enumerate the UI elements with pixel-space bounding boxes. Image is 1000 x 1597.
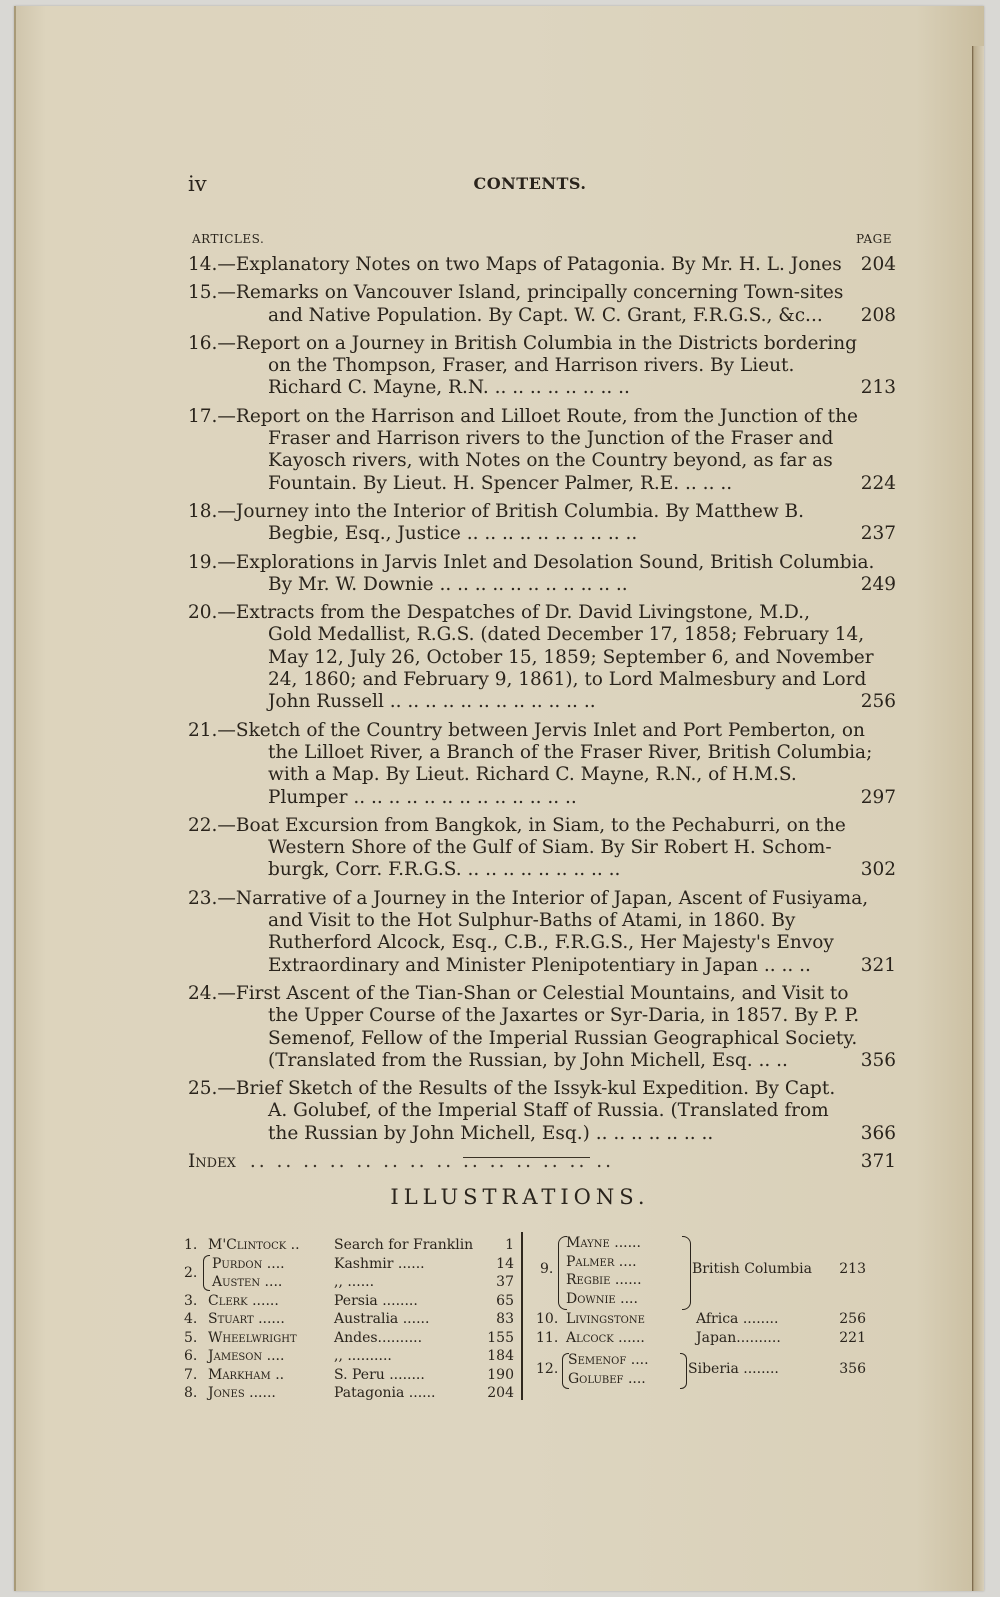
- toc-entry-title-line: 21.—Sketch of the Country between Jervis…: [188, 720, 852, 742]
- illustration-author: Jameson ....: [208, 1347, 284, 1366]
- illustration-author: Regbie ......: [566, 1271, 642, 1290]
- toc-entry-continuation-line: and Native Population. By Capt. W. C. Gr…: [188, 305, 852, 327]
- toc-entry-continuation-line: Fraser and Harrison rivers to the Juncti…: [188, 428, 852, 450]
- toc-entry-continuation-line: the Lilloet River, a Branch of the Frase…: [188, 742, 852, 764]
- toc-entry-text: and Visit to the Hot Sulphur-Baths of At…: [268, 910, 795, 931]
- column-headings: ARTICLES. PAGE: [192, 232, 892, 252]
- running-title: CONTENTS.: [172, 174, 888, 193]
- illustrations-title: ILLUSTRATIONS.: [0, 1185, 1000, 1209]
- illustration-author: Alcock ......: [566, 1329, 645, 1348]
- illustration-page: 204: [487, 1384, 514, 1403]
- toc-entry-text: —Report on the Harrison and Lilloet Rout…: [217, 406, 858, 427]
- toc-entry-page: 321: [852, 955, 896, 977]
- toc-entry-title-line: 14.—Explanatory Notes on two Maps of Pat…: [188, 254, 852, 276]
- illustration-subject: Siberia ........: [688, 1360, 779, 1379]
- toc-entry-page: 204: [852, 254, 896, 276]
- toc-entry-text: —Brief Sketch of the Results of the Issy…: [217, 1078, 835, 1099]
- illustration-page: 37: [496, 1273, 514, 1292]
- toc-entry-text: —Narrative of a Journey in the Interior …: [217, 888, 868, 909]
- toc-entry-text: (Translated from the Russian, by John Mi…: [268, 1050, 788, 1071]
- illustration-author: Palmer ....: [566, 1253, 642, 1272]
- toc-entry-page: 356: [852, 1050, 896, 1072]
- index-page: 371: [852, 1151, 896, 1173]
- illustration-number: 7.: [184, 1366, 206, 1385]
- illustration-number: 11.: [536, 1329, 558, 1348]
- illustration-author: M'Clintock ..: [208, 1236, 300, 1255]
- illustration-row: 3. Clerk ...... Persia ........ 65: [184, 1292, 514, 1311]
- toc-entry-continuation-line: Begbie, Esq., Justice .. .. .. .. .. .. …: [188, 523, 852, 545]
- illustration-author: Purdon ....: [212, 1255, 285, 1274]
- toc-entry: 18.—Journey into the Interior of British…: [188, 501, 896, 546]
- illustration-subject: Kashmir ......: [334, 1255, 425, 1274]
- page-heading: PAGE: [856, 232, 892, 246]
- toc-entry-text: —Remarks on Vancouver Island, principall…: [217, 282, 843, 303]
- toc-entry-text: the Russian by John Michell, Esq.) .. ..…: [268, 1123, 713, 1144]
- illustration-number: 4.: [184, 1310, 206, 1329]
- index-label: Index: [188, 1151, 236, 1172]
- toc-entry-number: 17.: [188, 406, 217, 427]
- page-edge: [972, 46, 984, 1591]
- toc-entry-number: 22.: [188, 815, 217, 836]
- toc-entry: 20.—Extracts from the Despatches of Dr. …: [188, 602, 896, 713]
- illustration-row: 5. Wheelwright Andes.......... 155: [184, 1329, 514, 1348]
- section-rule: [463, 1157, 590, 1158]
- illustration-number: 6.: [184, 1347, 206, 1366]
- illustration-number: 5.: [184, 1329, 206, 1348]
- toc-entry-title-line: 25.—Brief Sketch of the Results of the I…: [188, 1078, 852, 1100]
- illustration-subject: British Columbia: [692, 1260, 812, 1279]
- illustration-row: 11. Alcock ...... Japan.......... 221: [536, 1329, 866, 1348]
- toc-entry-continuation-line: and Visit to the Hot Sulphur-Baths of At…: [188, 910, 852, 932]
- toc-entry-text: Kayosch rivers, with Notes on the Countr…: [268, 450, 833, 471]
- toc-entry-text: Fountain. By Lieut. H. Spencer Palmer, R…: [268, 473, 732, 494]
- toc-entry-page: 297: [852, 787, 896, 809]
- illustration-subject: Search for Franklin: [334, 1236, 473, 1255]
- toc-entry-text: burgk, Corr. F.R.G.S. .. .. .. .. .. .. …: [268, 859, 620, 880]
- toc-entry-continuation-line: Extraordinary and Minister Plenipotentia…: [188, 955, 852, 977]
- toc-entry-continuation-line: with a Map. By Lieut. Richard C. Mayne, …: [188, 764, 852, 786]
- toc-entry-text: Begbie, Esq., Justice .. .. .. .. .. .. …: [268, 523, 637, 544]
- illustration-number: 2.: [184, 1264, 197, 1283]
- toc-entry-page: 213: [852, 377, 896, 399]
- toc-entry-continuation-line: Fountain. By Lieut. H. Spencer Palmer, R…: [188, 473, 852, 495]
- leader-dots: .. .. .. .. .. .. .. .. .. .. .. .. .. .…: [250, 1151, 614, 1172]
- illustration-author: Golubef ....: [568, 1370, 649, 1389]
- toc-entry-text: on the Thompson, Fraser, and Harrison ri…: [268, 355, 794, 376]
- toc-entry-number: 21.: [188, 720, 217, 741]
- toc-entry-title-line: 22.—Boat Excursion from Bangkok, in Siam…: [188, 815, 852, 837]
- illustration-row: 1. M'Clintock .. Search for Franklin 1: [184, 1236, 514, 1255]
- illustration-author: Markham ..: [208, 1366, 284, 1385]
- illustration-page: 1: [505, 1236, 514, 1255]
- toc-entry-continuation-line: the Upper Course of the Jaxartes or Syr-…: [188, 1005, 852, 1027]
- illustration-page: 155: [487, 1329, 514, 1348]
- toc-entry-title-line: 16.—Report on a Journey in British Colum…: [188, 333, 852, 355]
- illustration-subject: Australia ......: [334, 1310, 429, 1329]
- illustration-number: 9.: [540, 1260, 553, 1279]
- illustration-subject: Africa ........: [696, 1310, 778, 1329]
- illustration-page: 184: [487, 1347, 514, 1366]
- toc-entry-continuation-line: A. Golubef, of the Imperial Staff of Rus…: [188, 1100, 852, 1122]
- toc-entry-text: A. Golubef, of the Imperial Staff of Rus…: [268, 1100, 829, 1121]
- toc-entry-text: May 12, July 26, October 15, 1859; Septe…: [268, 647, 874, 668]
- toc-entry-page: 302: [852, 859, 896, 881]
- illustration-author: Mayne ......: [566, 1234, 642, 1253]
- toc-entry-text: the Lilloet River, a Branch of the Frase…: [268, 742, 872, 763]
- toc-entry: 14.—Explanatory Notes on two Maps of Pat…: [188, 254, 896, 276]
- toc-entry-continuation-line: By Mr. W. Downie .. .. .. .. .. .. .. ..…: [188, 574, 852, 596]
- toc-entry: 24.—First Ascent of the Tian-Shan or Cel…: [188, 983, 896, 1072]
- toc-entry-text: John Russell .. .. .. .. .. .. .. .. .. …: [268, 691, 596, 712]
- running-head: iv CONTENTS.: [172, 172, 888, 202]
- toc-entry-text: Gold Medallist, R.G.S. (dated December 1…: [268, 624, 864, 645]
- toc-entry: 16.—Report on a Journey in British Colum…: [188, 333, 896, 400]
- illustration-page: 65: [496, 1292, 514, 1311]
- toc-entry-continuation-line: Semenof, Fellow of the Imperial Russian …: [188, 1028, 852, 1050]
- toc-entry: 15.—Remarks on Vancouver Island, princip…: [188, 282, 896, 327]
- right-brace-icon: [680, 1353, 687, 1389]
- toc-entry-text: By Mr. W. Downie .. .. .. .. .. .. .. ..…: [268, 574, 628, 595]
- illustration-page: 14: [496, 1255, 514, 1274]
- toc-entry-title-line: 23.—Narrative of a Journey in the Interi…: [188, 888, 852, 910]
- illustration-row: 6. Jameson .... ,, .......... 184: [184, 1347, 514, 1366]
- toc-entry-page: 224: [852, 473, 896, 495]
- toc-entry-continuation-line: burgk, Corr. F.R.G.S. .. .. .. .. .. .. …: [188, 859, 852, 881]
- toc-entry-text: —Sketch of the Country between Jervis In…: [217, 720, 865, 741]
- illustration-author: Wheelwright: [208, 1329, 297, 1348]
- illustration-number: 8.: [184, 1384, 206, 1403]
- illustration-author: Austen ....: [212, 1273, 282, 1292]
- toc-entry-text: —Extracts from the Despatches of Dr. Dav…: [217, 602, 810, 623]
- toc-entry-number: 14.: [188, 254, 217, 275]
- toc-entry-continuation-line: the Russian by John Michell, Esq.) .. ..…: [188, 1123, 852, 1145]
- toc-entry-text: Extraordinary and Minister Plenipotentia…: [268, 955, 811, 976]
- toc-entry-continuation-line: Rutherford Alcock, Esq., C.B., F.R.G.S.,…: [188, 932, 852, 954]
- toc-entry-text: —Journey into the Interior of British Co…: [217, 501, 804, 522]
- toc-entry-text: —Explanatory Notes on two Maps of Patago…: [217, 254, 841, 275]
- toc-entry-number: 25.: [188, 1078, 217, 1099]
- toc-entry: 23.—Narrative of a Journey in the Interi…: [188, 888, 896, 977]
- illustration-author: Jones ......: [208, 1384, 276, 1403]
- toc-entry-continuation-line: Western Shore of the Gulf of Siam. By Si…: [188, 837, 852, 859]
- toc-entry-continuation-line: John Russell .. .. .. .. .. .. .. .. .. …: [188, 691, 852, 713]
- illustration-row: 10. Livingstone Africa ........ 256: [536, 1310, 866, 1329]
- toc-entry-continuation-line: (Translated from the Russian, by John Mi…: [188, 1050, 852, 1072]
- toc-entry: 25.—Brief Sketch of the Results of the I…: [188, 1078, 896, 1145]
- toc-entry-title-line: 19.—Explorations in Jarvis Inlet and Des…: [188, 552, 852, 574]
- illustration-row: 7. Markham .. S. Peru ........ 190: [184, 1366, 514, 1385]
- toc-entry-text: Semenof, Fellow of the Imperial Russian …: [268, 1028, 857, 1049]
- illustration-page: 221: [839, 1329, 866, 1348]
- illustration-author: Downie ....: [566, 1290, 642, 1309]
- illustration-page: 213: [839, 1260, 866, 1279]
- illustration-subject: S. Peru ........: [334, 1366, 425, 1385]
- toc-entry-continuation-line: Gold Medallist, R.G.S. (dated December 1…: [188, 624, 852, 646]
- toc-entry-number: 20.: [188, 602, 217, 623]
- toc-entry-text: —Report on a Journey in British Columbia…: [217, 333, 857, 354]
- column-divider: [521, 1232, 523, 1400]
- toc-entry-text: —Explorations in Jarvis Inlet and Desola…: [217, 552, 874, 573]
- toc-entry: 21.—Sketch of the Country between Jervis…: [188, 720, 896, 809]
- toc-entry-page: 208: [852, 305, 896, 327]
- illustration-page: 83: [496, 1310, 514, 1329]
- illustration-row: 4. Stuart ...... Australia ...... 83: [184, 1310, 514, 1329]
- toc-entry-text: Fraser and Harrison rivers to the Juncti…: [268, 428, 833, 449]
- illustration-authors: Mayne ...... Palmer .... Regbie ...... D…: [566, 1234, 642, 1308]
- illustration-number: 1.: [184, 1236, 206, 1255]
- toc-entry-text: and Native Population. By Capt. W. C. Gr…: [268, 305, 823, 326]
- toc-entry-text: Western Shore of the Gulf of Siam. By Si…: [268, 837, 832, 858]
- toc-entry-title-line: 17.—Report on the Harrison and Lilloet R…: [188, 406, 852, 428]
- left-brace-icon: [203, 1255, 210, 1291]
- toc-entry-continuation-line: Richard C. Mayne, R.N. .. .. .. .. .. ..…: [188, 377, 852, 399]
- illustration-subject: ,, ..........: [334, 1347, 392, 1366]
- toc-entry-continuation-line: Plumper .. .. .. .. .. .. .. .. .. .. ..…: [188, 787, 852, 809]
- illustration-row: 8. Jones ...... Patagonia ...... 204: [184, 1384, 514, 1403]
- toc-entry-number: 24.: [188, 983, 217, 1004]
- toc-entry-continuation-line: May 12, July 26, October 15, 1859; Septe…: [188, 647, 852, 669]
- toc-entry-title-line: 20.—Extracts from the Despatches of Dr. …: [188, 602, 852, 624]
- toc-entry-page: 256: [852, 691, 896, 713]
- illustration-author: Semenof ....: [568, 1351, 649, 1370]
- illustration-author: Clerk ......: [208, 1292, 279, 1311]
- toc-entry-text: Richard C. Mayne, R.N. .. .. .. .. .. ..…: [268, 377, 630, 398]
- illustration-authors: Semenof .... Golubef ....: [568, 1351, 649, 1388]
- toc-entry: 19.—Explorations in Jarvis Inlet and Des…: [188, 552, 896, 597]
- toc-entry-text: Plumper .. .. .. .. .. .. .. .. .. .. ..…: [268, 787, 577, 808]
- toc-entry-title-line: 15.—Remarks on Vancouver Island, princip…: [188, 282, 852, 304]
- toc-entry-page: 366: [852, 1123, 896, 1145]
- toc-entry-page: 249: [852, 574, 896, 596]
- toc-entry-continuation-line: 24, 1860; and February 9, 1861), to Lord…: [188, 669, 852, 691]
- illustration-page: 190: [487, 1366, 514, 1385]
- toc-entry-number: 15.: [188, 282, 217, 303]
- toc-entry-number: 18.: [188, 501, 217, 522]
- articles-heading: ARTICLES.: [192, 232, 264, 246]
- illustrations-right-column: 9. Mayne ...... Palmer .... Regbie .....…: [536, 1234, 866, 1389]
- illustration-number: 10.: [536, 1310, 558, 1329]
- toc-entry-text: Rutherford Alcock, Esq., C.B., F.R.G.S.,…: [268, 932, 834, 953]
- toc-entry-text: with a Map. By Lieut. Richard C. Mayne, …: [268, 764, 797, 785]
- illustration-row-group: 9. Mayne ...... Palmer .... Regbie .....…: [536, 1234, 866, 1310]
- toc-entry: 17.—Report on the Harrison and Lilloet R…: [188, 406, 896, 495]
- illustration-page: 356: [839, 1360, 866, 1379]
- toc-entry-page: 237: [852, 523, 896, 545]
- illustration-author: Livingstone: [566, 1310, 645, 1329]
- toc-entry-text: —Boat Excursion from Bangkok, in Siam, t…: [217, 815, 845, 836]
- right-brace-icon: [682, 1236, 691, 1310]
- toc-entry-number: 19.: [188, 552, 217, 573]
- illustration-subject: ,, ......: [334, 1273, 374, 1292]
- illustration-page: 256: [839, 1310, 866, 1329]
- illustration-subject: Persia ........: [334, 1292, 418, 1311]
- toc-entry-number: 16.: [188, 333, 217, 354]
- toc-entry-continuation-line: on the Thompson, Fraser, and Harrison ri…: [188, 355, 852, 377]
- illustration-row-group: 12. Semenof .... Golubef .... Siberia ..…: [536, 1351, 866, 1389]
- illustration-subject: Patagonia ......: [334, 1384, 436, 1403]
- illustration-number: 12.: [536, 1360, 558, 1379]
- illustration-subject: Japan..........: [696, 1329, 781, 1348]
- toc-entry-text: 24, 1860; and February 9, 1861), to Lord…: [268, 669, 866, 690]
- toc-entry-title-line: 18.—Journey into the Interior of British…: [188, 501, 852, 523]
- illustrations-left-column: 1. M'Clintock .. Search for Franklin 1 2…: [184, 1236, 514, 1403]
- toc-entry-continuation-line: Kayosch rivers, with Notes on the Countr…: [188, 450, 852, 472]
- articles-list: 14.—Explanatory Notes on two Maps of Pat…: [188, 254, 896, 1173]
- toc-entry-text: —First Ascent of the Tian-Shan or Celest…: [217, 983, 848, 1004]
- toc-index-entry: Index.. .. .. .. .. .. .. .. .. .. .. ..…: [188, 1151, 896, 1173]
- toc-entry: 22.—Boat Excursion from Bangkok, in Siam…: [188, 815, 896, 882]
- toc-entry-number: 23.: [188, 888, 217, 909]
- illustration-row-group: 2. Purdon .... Austen .... Kashmir .....…: [184, 1255, 514, 1292]
- toc-entry-title-line: 24.—First Ascent of the Tian-Shan or Cel…: [188, 983, 852, 1005]
- toc-entry-text: the Upper Course of the Jaxartes or Syr-…: [268, 1005, 859, 1026]
- illustration-number: 3.: [184, 1292, 206, 1311]
- illustration-subject: Andes..........: [334, 1329, 422, 1348]
- illustration-author: Stuart ......: [208, 1310, 285, 1329]
